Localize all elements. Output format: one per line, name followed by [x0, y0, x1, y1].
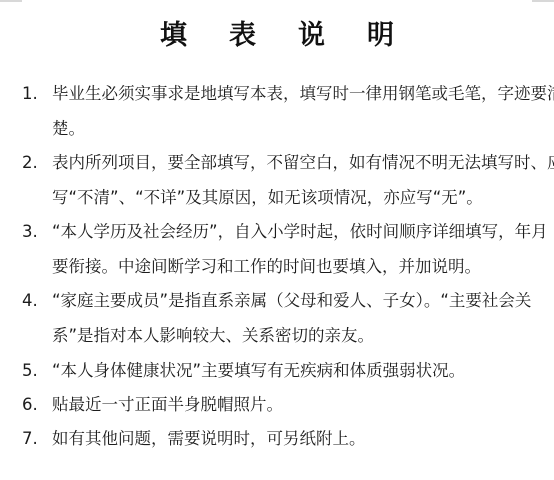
- item-number: 3.: [22, 214, 52, 249]
- item-line: 写“不清”、“不详”及其原因，如无该项情况，亦应写“无”。: [22, 180, 542, 215]
- instruction-item-1: 1. 毕业生必须实事求是地填写本表，填写时一律用钢笔或毛笔，字迹要清 楚。: [22, 76, 542, 146]
- item-line: 贴最近一寸正面半身脱帽照片。: [22, 387, 542, 422]
- item-number: 2.: [22, 145, 52, 180]
- item-number: 5.: [22, 353, 52, 388]
- item-line: 毕业生必须实事求是地填写本表，填写时一律用钢笔或毛笔，字迹要清: [22, 76, 542, 111]
- item-number: 7.: [22, 421, 52, 456]
- item-line: 如有其他问题，需要说明时，可另纸附上。: [22, 421, 542, 456]
- page-title: 填表说明: [0, 20, 554, 52]
- item-line: 楚。: [22, 111, 542, 146]
- item-number: 4.: [22, 283, 52, 318]
- item-line: “家庭主要成员”是指直系亲属（父母和爱人、子女）。“主要社会关: [22, 283, 542, 318]
- instruction-item-5: 5. “本人身体健康状况”主要填写有无疾病和体质强弱状况。: [22, 353, 542, 388]
- instruction-item-4: 4. “家庭主要成员”是指直系亲属（父母和爱人、子女）。“主要社会关 系”是指对…: [22, 283, 542, 353]
- item-number: 1.: [22, 76, 52, 111]
- item-line: 要衔接。中途间断学习和工作的时间也要填入，并加说明。: [22, 249, 542, 284]
- instruction-item-3: 3. “本人学历及社会经历”，自入小学时起，依时间顺序详细填写，年月 要衔接。中…: [22, 214, 542, 284]
- instruction-item-2: 2. 表内所列项目，要全部填写，不留空白，如有情况不明无法填写时、应 写“不清”…: [22, 145, 542, 215]
- item-line: “本人学历及社会经历”，自入小学时起，依时间顺序详细填写，年月: [22, 214, 542, 249]
- page-corner-mark-left: [0, 0, 22, 2]
- item-line: “本人身体健康状况”主要填写有无疾病和体质强弱状况。: [22, 353, 542, 388]
- item-line: 系”是指对本人影响较大、关系密切的亲友。: [22, 318, 542, 353]
- item-line: 表内所列项目，要全部填写，不留空白，如有情况不明无法填写时、应: [22, 145, 542, 180]
- instruction-item-7: 7. 如有其他问题，需要说明时，可另纸附上。: [22, 421, 542, 456]
- page-corner-mark-right: [532, 0, 554, 2]
- instruction-item-6: 6. 贴最近一寸正面半身脱帽照片。: [22, 387, 542, 422]
- item-number: 6.: [22, 387, 52, 422]
